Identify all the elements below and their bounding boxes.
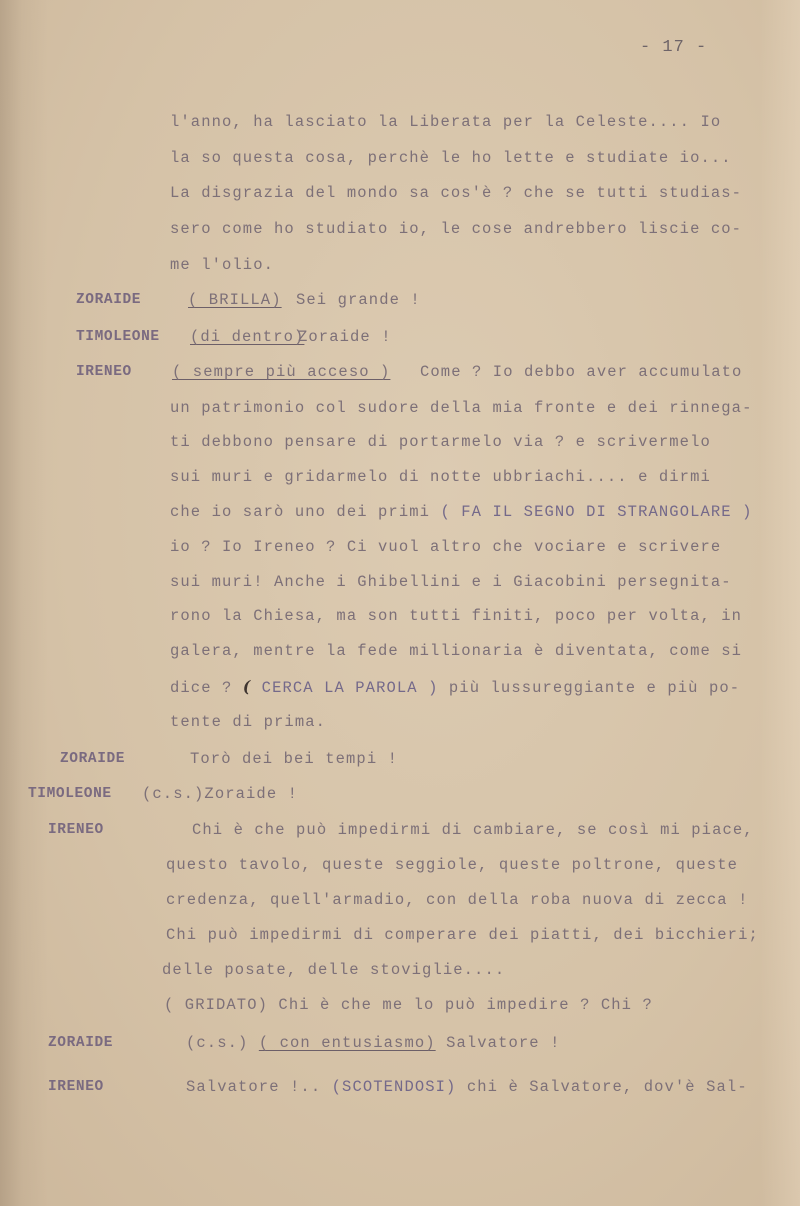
typewritten-script-page: - 17 - l'anno, ha lasciato la Liberata p…: [0, 0, 800, 1206]
text-line: l'anno, ha lasciato la Liberata per la C…: [170, 112, 721, 132]
stage-direction-text: ( sempre più acceso ): [172, 363, 390, 381]
text-line: sero come ho studiato io, le cose andreb…: [170, 219, 742, 239]
text-line: Chi può impedirmi di comperare dei piatt…: [166, 925, 759, 945]
text-line: La disgrazia del mondo sa cos'è ? che se…: [170, 183, 742, 203]
speaker-ireneo: IRENEO: [48, 1077, 104, 1097]
speaker-ireneo: IRENEO: [48, 820, 104, 840]
text-line: che io sarò uno dei primi ( FA IL SEGNO …: [170, 502, 753, 522]
speaker-ireneo: IRENEO: [76, 362, 132, 382]
stage-direction-text: (c.s.): [186, 1034, 248, 1052]
text-line: sui muri! Anche i Ghibellini e i Giacobi…: [170, 572, 732, 592]
stage-direction-text: ( con entusiasmo): [259, 1034, 436, 1052]
text-line: delle posate, delle stoviglie....: [162, 960, 505, 980]
dialogue-text: Salvatore !: [446, 1034, 560, 1052]
inline-stage-direction: ( FA IL SEGNO DI STRANGOLARE ): [440, 503, 752, 521]
text-line: ti debbono pensare di portarmelo via ? e…: [170, 432, 711, 452]
dialogue-text: Chi è che me lo può impedire ? Chi ?: [278, 996, 652, 1014]
speaker-zoraide: ZORAIDE: [48, 1033, 113, 1053]
dialogue-text: Torò dei bei tempi !: [190, 749, 398, 769]
stage-direction: ( BRILLA): [188, 290, 282, 310]
text-line: galera, mentre la fede millionaria è div…: [170, 641, 742, 661]
text-line: un patrimonio col sudore della mia front…: [170, 398, 752, 418]
stage-direction-text: (c.s.): [142, 785, 204, 803]
dialogue-text: Sei grande !: [296, 290, 421, 310]
text-line: credenza, quell'armadio, con della roba …: [166, 890, 748, 910]
page-number: - 17 -: [640, 38, 707, 57]
dialogue-line: Salvatore !.. (SCOTENDOSI) chi è Salvato…: [186, 1077, 748, 1097]
text-line: rono la Chiesa, ma son tutti finiti, poc…: [170, 606, 742, 626]
text-line: dice ? ( CERCA LA PAROLA ) più lussuregg…: [170, 677, 740, 698]
speaker-zoraide: ZORAIDE: [76, 290, 141, 310]
stage-direction-text: ( GRIDATO): [164, 996, 268, 1014]
speaker-zoraide: ZORAIDE: [60, 749, 125, 769]
text-line: questo tavolo, queste seggiole, queste p…: [166, 855, 738, 875]
dialogue-text: Come ? Io debbo aver accumulato: [420, 362, 742, 382]
dialogue-text: Salvatore !..: [186, 1078, 321, 1096]
text-line: ( GRIDATO) Chi è che me lo può impedire …: [164, 995, 653, 1015]
inline-stage-direction: CERCA LA PAROLA ): [262, 679, 439, 697]
speaker-timoleone: TIMOLEONE: [76, 327, 160, 347]
dialogue-line: (c.s.)Zoraide !: [142, 784, 298, 804]
stage-direction-text: ( BRILLA): [188, 291, 282, 309]
stage-direction: ( sempre più acceso ): [172, 362, 390, 382]
dialogue-text: Zoraide !: [298, 327, 392, 347]
text-line: tente di prima.: [170, 712, 326, 732]
text-line: la so questa cosa, perchè le ho lette e …: [170, 148, 732, 168]
text-line: me l'olio.: [170, 255, 274, 275]
text-fragment: dice ?: [170, 679, 232, 697]
stage-direction: (di dentro): [190, 327, 304, 347]
stage-direction-text: (di dentro): [190, 328, 304, 346]
dialogue-line: (c.s.) ( con entusiasmo) Salvatore !: [186, 1033, 560, 1053]
dialogue-text: Zoraide !: [204, 785, 298, 803]
stage-direction-text: (SCOTENDOSI): [332, 1078, 457, 1096]
text-line: io ? Io Ireneo ? Ci vuol altro che vocia…: [170, 537, 721, 557]
handwritten-ink-mark: (: [243, 677, 251, 696]
text-line: Chi è che può impedirmi di cambiare, se …: [192, 820, 754, 840]
text-line: sui muri e gridarmelo di notte ubbriachi…: [170, 467, 711, 487]
speaker-timoleone: TIMOLEONE: [28, 784, 112, 804]
text-fragment: più lussureggiante e più po-: [449, 679, 740, 697]
text-fragment: che io sarò uno dei primi: [170, 503, 430, 521]
dialogue-text: chi è Salvatore, dov'è Sal-: [467, 1078, 748, 1096]
